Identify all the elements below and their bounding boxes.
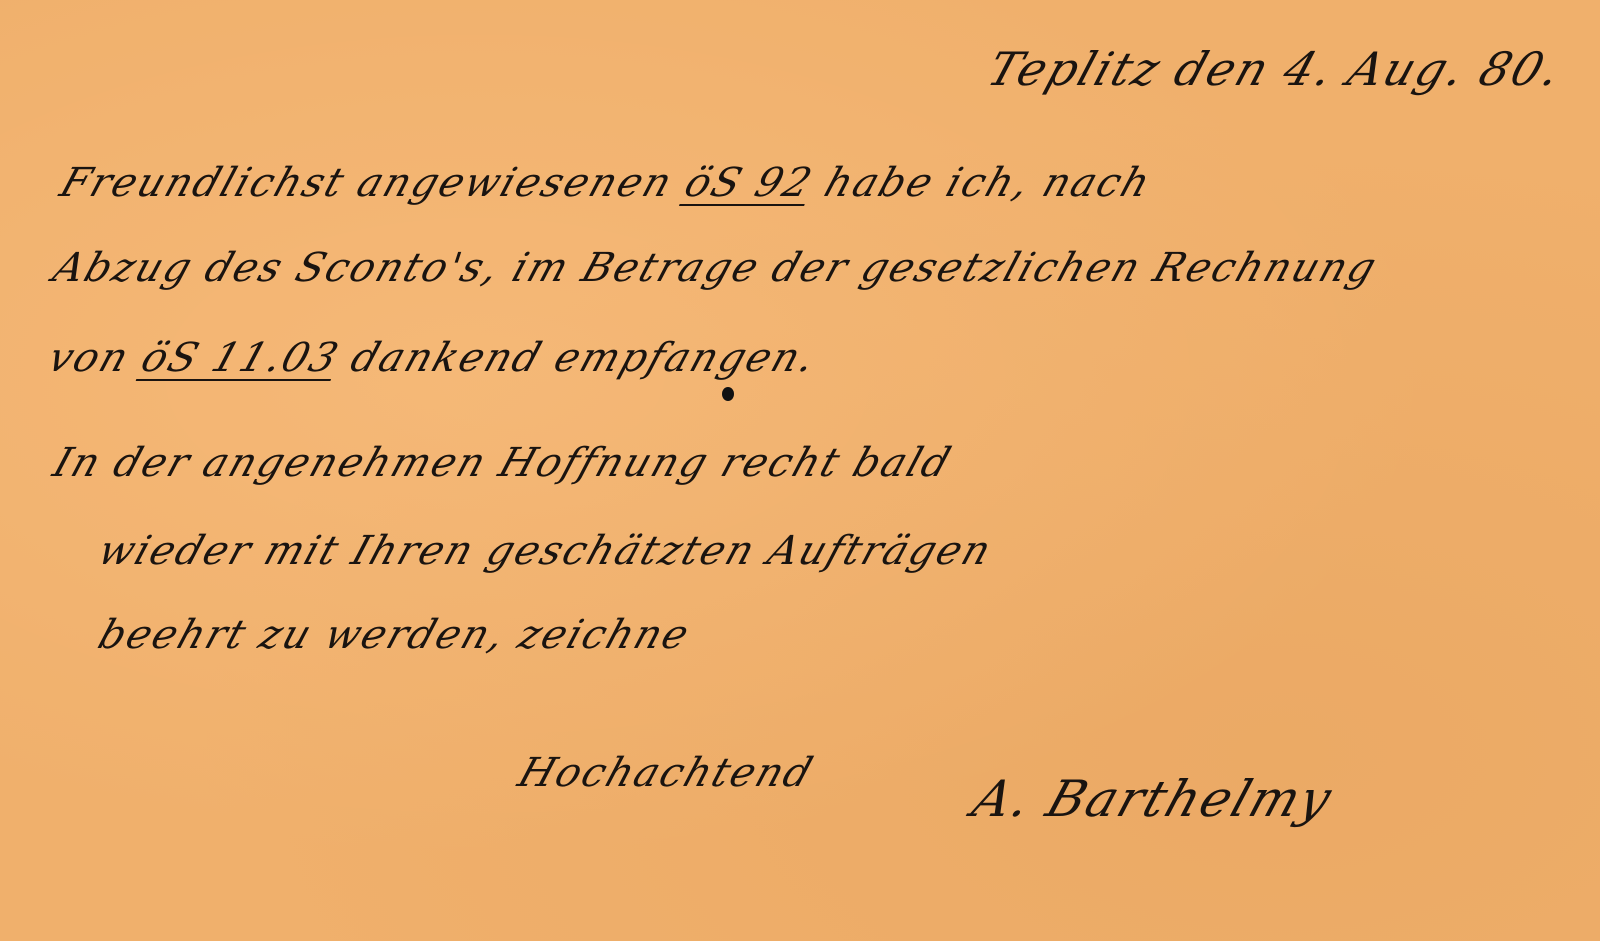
- signature: A. Barthelmy: [966, 770, 1341, 828]
- body-line-3-before: von: [43, 335, 151, 381]
- body-line-6: beehrt zu werden, zeichne: [93, 612, 697, 658]
- dateline: Teplitz den 4. Aug. 80.: [981, 42, 1569, 96]
- body-line-3: von öS 11.03 dankend empfangen.: [43, 335, 823, 381]
- body-line-5: wieder mit Ihren geschätzten Aufträgen: [93, 528, 999, 574]
- body-line-1-after: habe ich, nach: [804, 160, 1157, 206]
- closing: Hochachtend: [513, 750, 820, 796]
- body-line-3-after: dankend empfangen.: [330, 335, 822, 381]
- ink-blot: [722, 387, 734, 401]
- body-line-1-before: Freundlichst angewiesenen: [55, 160, 694, 206]
- amount-underlined: öS 92: [679, 160, 819, 206]
- body-line-1: Freundlichst angewiesenen öS 92 habe ich…: [55, 160, 1158, 206]
- postcard: Teplitz den 4. Aug. 80. Freundlichst ang…: [0, 0, 1600, 941]
- body-line-4: In der angenehmen Hoffnung recht bald: [48, 440, 958, 486]
- amount-underlined: öS 11.03: [136, 335, 346, 381]
- body-line-2: Abzug des Sconto's, im Betrage der geset…: [48, 245, 1384, 291]
